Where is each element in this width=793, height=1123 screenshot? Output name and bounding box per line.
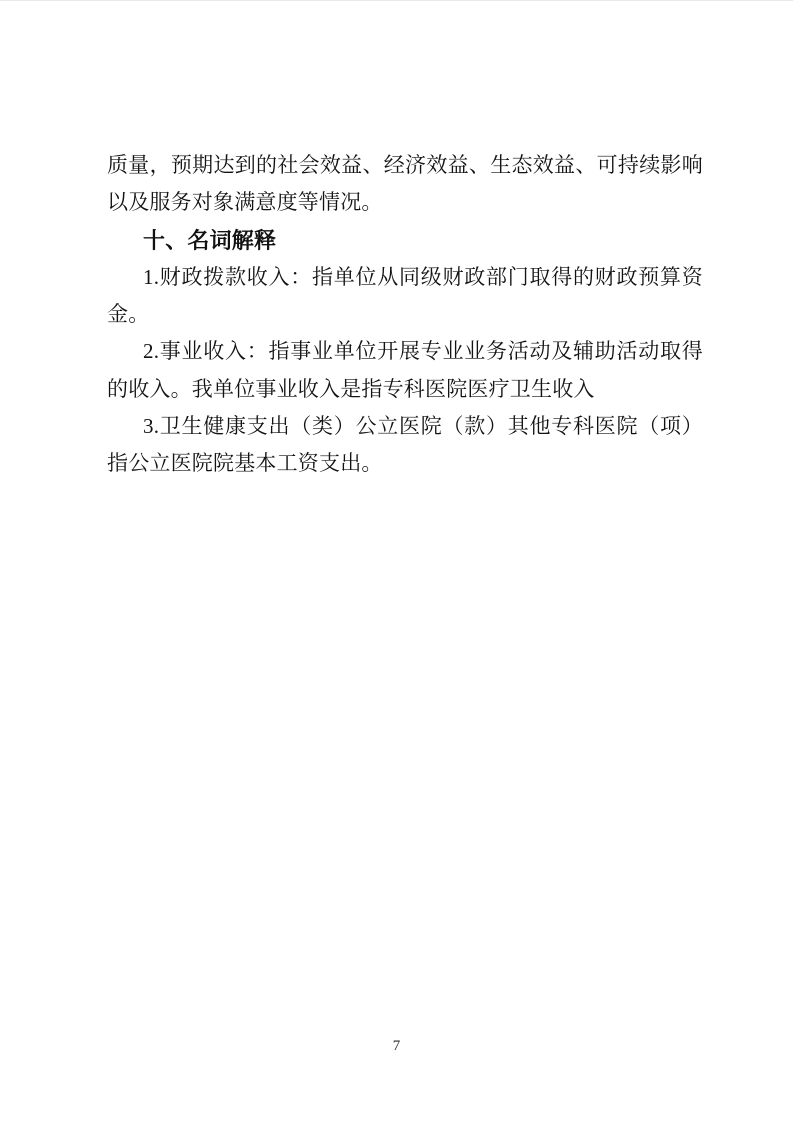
document-body: 质量，预期达到的社会效益、经济效益、生态效益、可持续影响 以及服务对象满意度等情… xyxy=(107,147,703,483)
definition-1-line-2: 金。 xyxy=(107,296,703,333)
intro-paragraph-line-2: 以及服务对象满意度等情况。 xyxy=(107,184,703,221)
definition-2-line-1: 2.事业收入：指事业单位开展专业业务活动及辅助活动取得 xyxy=(107,333,703,370)
intro-paragraph-line-1: 质量，预期达到的社会效益、经济效益、生态效益、可持续影响 xyxy=(107,147,703,184)
section-heading: 十、名词解释 xyxy=(107,222,703,259)
document-page: 质量，预期达到的社会效益、经济效益、生态效益、可持续影响 以及服务对象满意度等情… xyxy=(0,0,793,1123)
page-number: 7 xyxy=(0,1038,793,1055)
definition-3-line-1: 3.卫生健康支出（类）公立医院（款）其他专科医院（项） xyxy=(107,408,703,445)
definition-1-line-1: 1.财政拨款收入：指单位从同级财政部门取得的财政预算资 xyxy=(107,259,703,296)
definition-2-line-2: 的收入。我单位事业收入是指专科医院医疗卫生收入 xyxy=(107,371,703,408)
definition-3-line-2: 指公立医院院基本工资支出。 xyxy=(107,445,703,482)
